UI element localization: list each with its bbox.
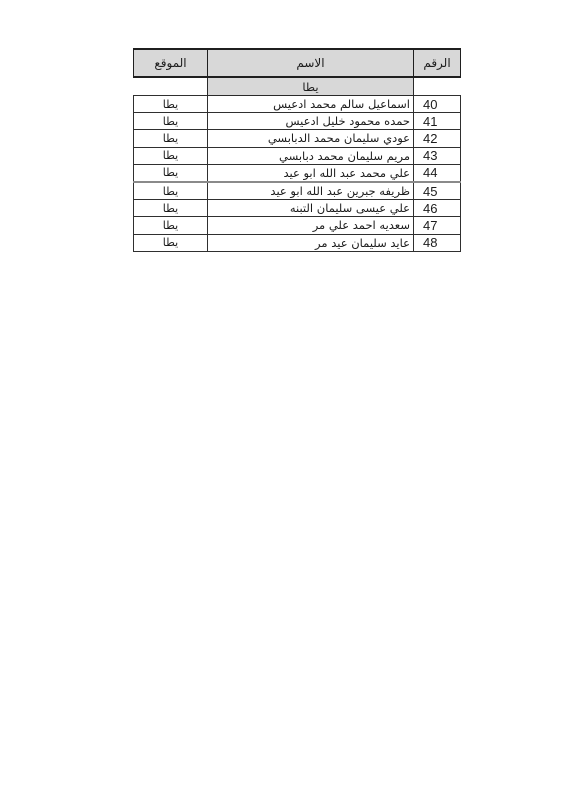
region-spacer-right <box>414 77 461 96</box>
cell-location: يطا <box>134 217 208 234</box>
cell-name: علي محمد عبد الله ابو عيد <box>208 164 414 182</box>
cell-number: 45 <box>414 182 461 200</box>
cell-location: يطا <box>134 130 208 147</box>
table-row: 45ظريفه جبرين عبد الله ابو عيديطا <box>134 182 461 200</box>
cell-name: حمده محمود خليل ادعيس <box>208 113 414 130</box>
cell-location: يطا <box>134 113 208 130</box>
cell-location: يطا <box>134 234 208 251</box>
roster-table: يطا الرقم الاسم الموقع 40اسماعيل سالم مح… <box>133 48 461 252</box>
table-body: 40اسماعيل سالم محمد ادعيسيطا41حمده محمود… <box>134 96 461 252</box>
cell-location: يطا <box>134 164 208 182</box>
merged-region-row: يطا <box>134 77 461 96</box>
cell-location: يطا <box>134 96 208 113</box>
cell-number: 42 <box>414 130 461 147</box>
table-row: 48عايد سليمان عيد مريطا <box>134 234 461 251</box>
cell-number: 40 <box>414 96 461 113</box>
table-row: 47سعديه احمد علي مريطا <box>134 217 461 234</box>
column-header-row: الرقم الاسم الموقع <box>134 49 461 77</box>
cell-name: عايد سليمان عيد مر <box>208 234 414 251</box>
cell-name: علي عيسى سليمان التبنه <box>208 200 414 217</box>
table-row: 46علي عيسى سليمان التبنهيطا <box>134 200 461 217</box>
cell-number: 43 <box>414 147 461 164</box>
cell-name: ظريفه جبرين عبد الله ابو عيد <box>208 182 414 200</box>
cell-location: يطا <box>134 200 208 217</box>
cell-number: 44 <box>414 164 461 182</box>
column-header-location: الموقع <box>134 49 208 77</box>
cell-name: اسماعيل سالم محمد ادعيس <box>208 96 414 113</box>
cell-location: يطا <box>134 147 208 164</box>
cell-number: 41 <box>414 113 461 130</box>
cell-name: عودي سليمان محمد الدبابسي <box>208 130 414 147</box>
document-page: يطا الرقم الاسم الموقع 40اسماعيل سالم مح… <box>0 0 565 800</box>
table-row: 41حمده محمود خليل ادعيسيطا <box>134 113 461 130</box>
region-spacer-left <box>134 77 208 96</box>
table-row: 43مريم سليمان محمد دبابسييطا <box>134 147 461 164</box>
column-header-number: الرقم <box>414 49 461 77</box>
cell-name: مريم سليمان محمد دبابسي <box>208 147 414 164</box>
cell-number: 47 <box>414 217 461 234</box>
table-row: 44علي محمد عبد الله ابو عيديطا <box>134 164 461 182</box>
region-header-cell: يطا <box>208 77 414 96</box>
table-row: 42عودي سليمان محمد الدبابسييطا <box>134 130 461 147</box>
cell-number: 46 <box>414 200 461 217</box>
cell-name: سعديه احمد علي مر <box>208 217 414 234</box>
table-row: 40اسماعيل سالم محمد ادعيسيطا <box>134 96 461 113</box>
column-header-name: الاسم <box>208 49 414 77</box>
cell-number: 48 <box>414 234 461 251</box>
cell-location: يطا <box>134 182 208 200</box>
